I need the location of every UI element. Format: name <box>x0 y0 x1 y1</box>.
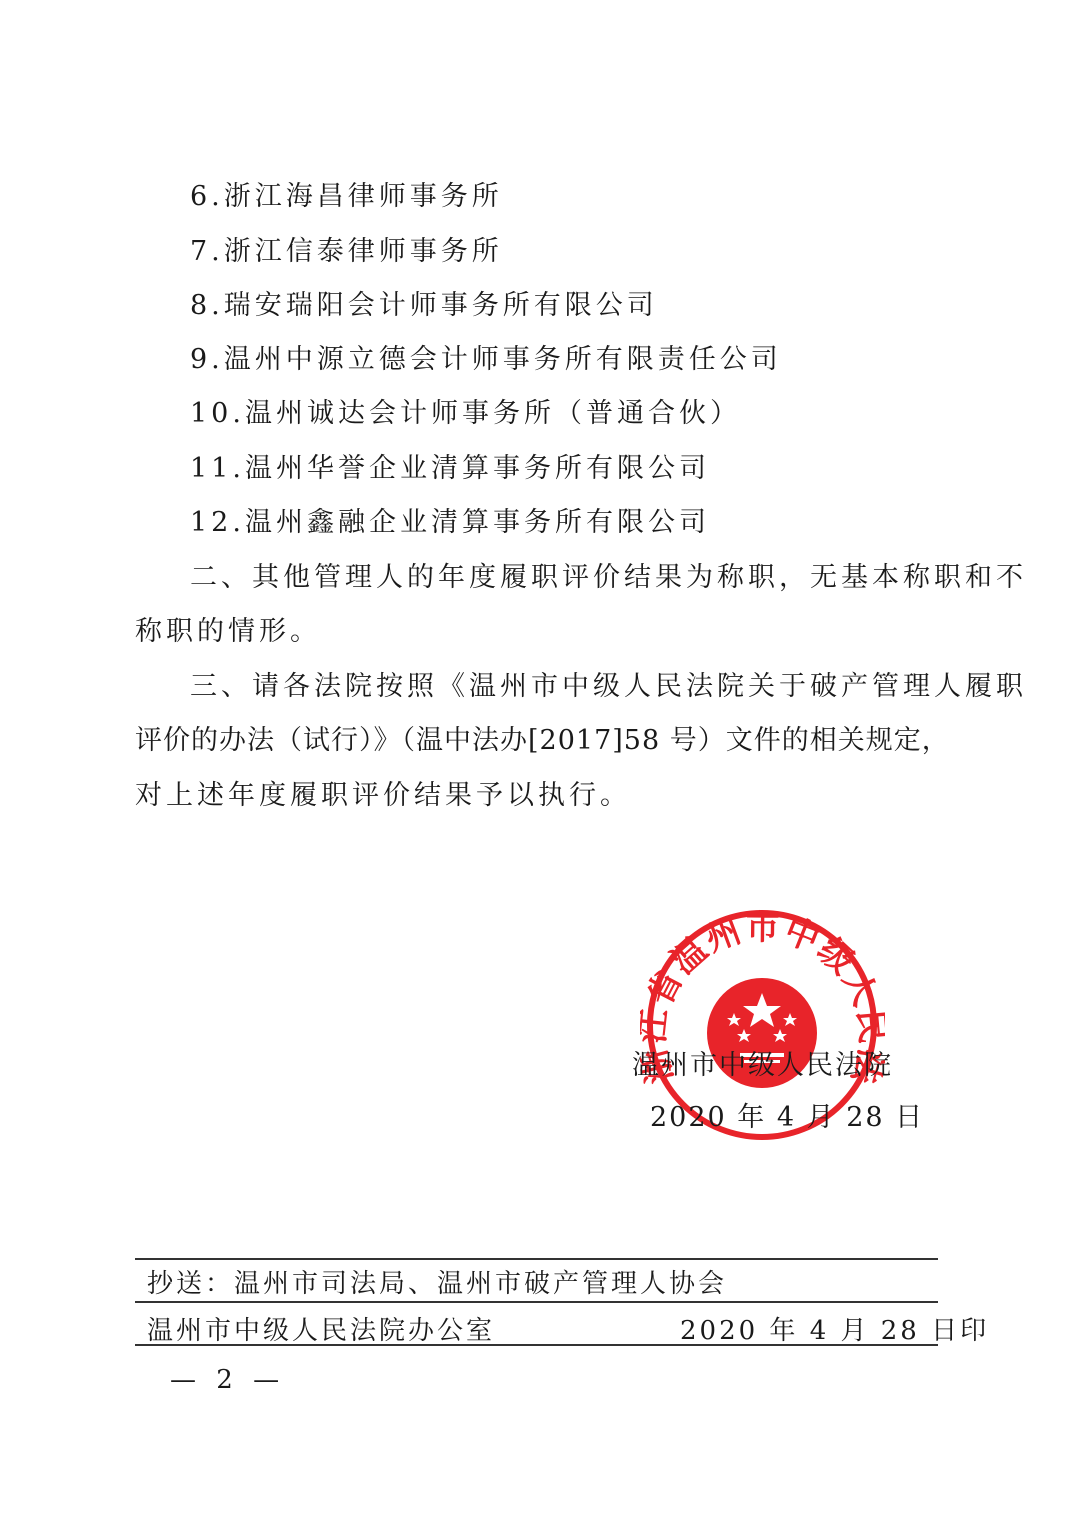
list-item-10: 10.温州诚达会计师事务所（普通合伙） <box>190 397 741 431</box>
section-three-line3: 对上述年度履职评价结果予以执行。 <box>135 779 631 813</box>
list-item-12: 12.温州鑫融企业清算事务所有限公司 <box>190 506 710 540</box>
list-number: 7. <box>190 236 224 267</box>
section-two-line1: 二、其他管理人的年度履职评价结果为称职，无基本称职和不 <box>190 561 1027 595</box>
footer-rule-middle <box>135 1301 938 1303</box>
list-item-7: 7.浙江信泰律师事务所 <box>190 235 503 269</box>
footer-rule-top <box>135 1258 938 1260</box>
list-number: 11. <box>190 453 245 484</box>
page-number: — 2 — <box>170 1365 285 1395</box>
signature-date: 2020 年 4 月 28 日 <box>650 1095 924 1134</box>
issuing-office: 温州市中级人民法院办公室 <box>147 1310 495 1347</box>
list-text: 温州诚达会计师事务所（普通合伙） <box>245 398 741 429</box>
list-text: 温州华誉企业清算事务所有限公司 <box>245 453 710 484</box>
section-three-line2: 评价的办法（试行）》（温中法办[2017]58 号）文件的相关规定， <box>135 724 950 758</box>
print-date: 2020 年 4 月 28 日印 <box>680 1310 989 1347</box>
signature-org: 温州市中级人民法院 <box>632 1043 893 1082</box>
section-two-line2: 称职的情形。 <box>135 615 321 649</box>
list-text: 瑞安瑞阳会计师事务所有限公司 <box>224 290 658 321</box>
list-text: 温州中源立德会计师事务所有限责任公司 <box>224 344 782 375</box>
list-number: 12. <box>190 507 245 538</box>
list-item-6: 6.浙江海昌律师事务所 <box>190 180 503 214</box>
list-number: 10. <box>190 398 245 429</box>
list-text: 浙江海昌律师事务所 <box>224 181 503 212</box>
list-item-9: 9.温州中源立德会计师事务所有限责任公司 <box>190 343 782 377</box>
list-item-11: 11.温州华誉企业清算事务所有限公司 <box>190 452 710 486</box>
section-three-line1: 三、请各法院按照《温州市中级人民法院关于破产管理人履职 <box>190 670 1027 704</box>
list-number: 8. <box>190 290 224 321</box>
list-text: 浙江信泰律师事务所 <box>224 236 503 267</box>
list-number: 6. <box>190 181 224 212</box>
list-item-8: 8.瑞安瑞阳会计师事务所有限公司 <box>190 289 658 323</box>
list-text: 温州鑫融企业清算事务所有限公司 <box>245 507 710 538</box>
list-number: 9. <box>190 344 224 375</box>
cc-line: 抄送：温州市司法局、温州市破产管理人协会 <box>147 1263 727 1300</box>
footer-rule-bottom <box>135 1344 938 1346</box>
